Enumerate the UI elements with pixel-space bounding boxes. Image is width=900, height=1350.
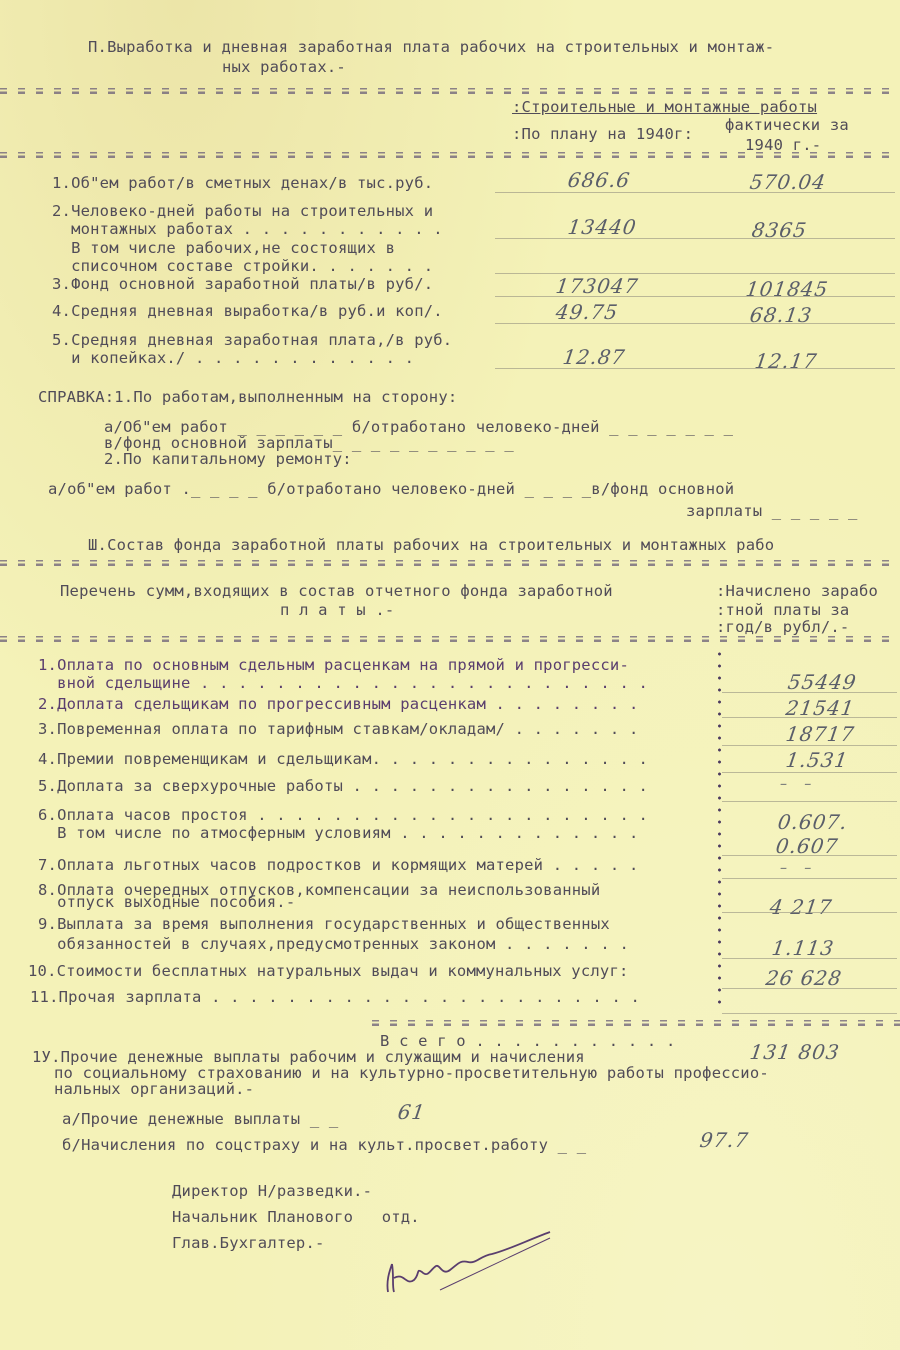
row-rule [722,717,897,718]
row-rule [722,801,897,802]
section4-item-b-label: б/Начисления по соцстраху и на культ.про… [62,1138,586,1154]
s3-total-value: 131 803 [748,1040,841,1064]
s3-row5-value: – – [779,776,814,792]
signature-chief-accountant: Глав.Бухгалтер.- [172,1236,325,1252]
col-group-header: :Строительные и монтажные работы [512,100,817,116]
s2-row2-plan: 13440 [566,215,638,239]
section2-title-line2: ных работах.- [222,60,346,76]
s3-row1-label-2: вной сдельщине . . . . . . . . . . . . .… [38,676,648,692]
s3-row3-label: 3.Повременная оплата по тарифным ставкам… [38,722,639,738]
s3-row11-label: 11.Прочая зарплата . . . . . . . . . . .… [30,990,640,1006]
row-rule [722,745,897,746]
s2-row2-fact: 8365 [750,218,808,242]
spravka-line4: 2.По капитальному ремонту: [104,452,352,468]
s3-row2-label: 2.Доплата сдельщикам по прогрессивным ра… [38,697,639,713]
section4-item-a-value: 61 [396,1100,427,1124]
spravka-line5: а/об"ем работ ._ _ _ _ б/отработано чело… [48,482,734,498]
s2-row3-label: 3.Фонд основной заработной платы/в руб/. [52,277,433,293]
s2-row1-fact: 570.04 [748,170,827,194]
s3-row6-value: 0.607. [776,810,849,834]
s3-row8-label-2: отпуск выходные пособия.- [38,895,295,911]
double-dash-divider [0,152,900,158]
s3-row10-label: 10.Стоимости бесплатных натуральных выда… [28,964,629,980]
signature-director: Директор Н/разведки.- [172,1184,372,1200]
s3-row7-label: 7.Оплата льготных часов подростков и кор… [38,858,639,874]
s3-row9-label-1: 9.Выплата за время выполнения государств… [38,917,610,933]
s3-header-right-1: :Начислено зарабо [716,584,878,600]
row-rule [495,368,895,369]
spravka-line1: СПРАВКА:1.По работам,выполненным на стор… [38,390,457,406]
double-dash-divider [0,88,900,94]
section4-item-a-label: а/Прочие денежные выплаты _ _ [62,1112,338,1128]
s3-row3-value: 18717 [784,722,856,746]
s3-row4-value: 1.531 [784,748,850,772]
s3-row1-value: 55449 [786,670,858,694]
s2-row4-label: 4.Средняя дневная выработка/в руб.и коп/… [52,304,443,320]
row-rule [722,772,897,773]
section3-title: Ш.Состав фонда заработной платы рабочих … [88,538,774,554]
s3-row6-label: 6.Оплата часов простоя . . . . . . . . .… [38,808,648,824]
column-separator-dots [718,648,721,1008]
s3-row5-label: 5.Доплата за сверхурочные работы . . . .… [38,779,648,795]
s2-row2-label-1: 2.Человеко-дней работы на строительных и [52,204,433,220]
s3-header-left-1: Перечень сумм,входящих в состав отчетног… [60,584,613,600]
s2-row2-label-2: монтажных работах . . . . . . . . . . . [52,222,443,238]
spravka-line6: зарплаты _ _ _ _ _ [686,504,858,520]
s2-row5-fact: 12.17 [753,349,819,373]
row-rule [495,273,895,274]
double-dash-divider [0,560,900,566]
s2-row4-plan: 49.75 [554,300,620,324]
s3-header-right-2: :тной платы за [716,603,849,619]
col-header-plan: :По плану на 1940г: [512,127,693,143]
s2-row3-fact: 101845 [744,277,830,301]
double-dash-divider [0,636,900,642]
s3-row9-label-2: обязанностей в случаях,предусмотренных з… [38,937,629,953]
row-rule [722,958,897,959]
row-rule [722,912,897,913]
s3-row4-label: 4.Премии повременщикам и сдельщикам. . .… [38,752,648,768]
s3-header-left-2: п л а т ы .- [280,603,394,619]
col-header-fact-1: фактически за [725,118,849,134]
s3-row9-value: 1.113 [770,936,836,960]
s2-row3-plan: 173047 [554,274,640,298]
s3-row7-value: – – [779,860,814,876]
handwritten-signature [380,1220,560,1300]
row-rule [722,855,897,856]
s3-row8-value: 4 217 [768,895,834,919]
s3-row10-value: 26 628 [764,966,843,990]
row-rule [722,692,897,693]
section2-title-line1: П.Выработка и дневная заработная плата р… [88,40,774,56]
s2-row4-fact: 68.13 [748,303,814,327]
s2-row5-label-1: 5.Средняя дневная заработная плата,/в ру… [52,333,452,349]
section4-item-b-value: 97.7 [698,1128,750,1152]
row-rule [495,238,895,239]
s3-header-right-3: :год/в рубл/.- [716,620,849,636]
row-rule [495,192,895,193]
row-rule [722,878,897,879]
s2-row1-plan: 686.6 [566,168,632,192]
s2-row2sub-label-1: В том числе рабочих,не состоящих в [52,241,395,257]
double-dash-divider [372,1020,900,1026]
s3-row1-label-1: 1.Оплата по основным сдельным расценкам … [38,658,629,674]
row-rule [722,1013,897,1014]
s2-row5-plan: 12.87 [561,345,627,369]
s2-row5-label-2: и копейках./ . . . . . . . . . . . . [52,351,414,367]
s3-row6sub-label: В том числе по атмосферным условиям . . … [38,826,639,842]
s2-row1-label: 1.Об"ем работ/в сметных денах/в тыс.руб. [52,176,433,192]
row-rule [722,988,897,989]
section4-line3: нальных организаций.- [54,1082,254,1098]
s2-row2sub-label-2: списочном составе стройки. . . . . . . [52,259,433,275]
